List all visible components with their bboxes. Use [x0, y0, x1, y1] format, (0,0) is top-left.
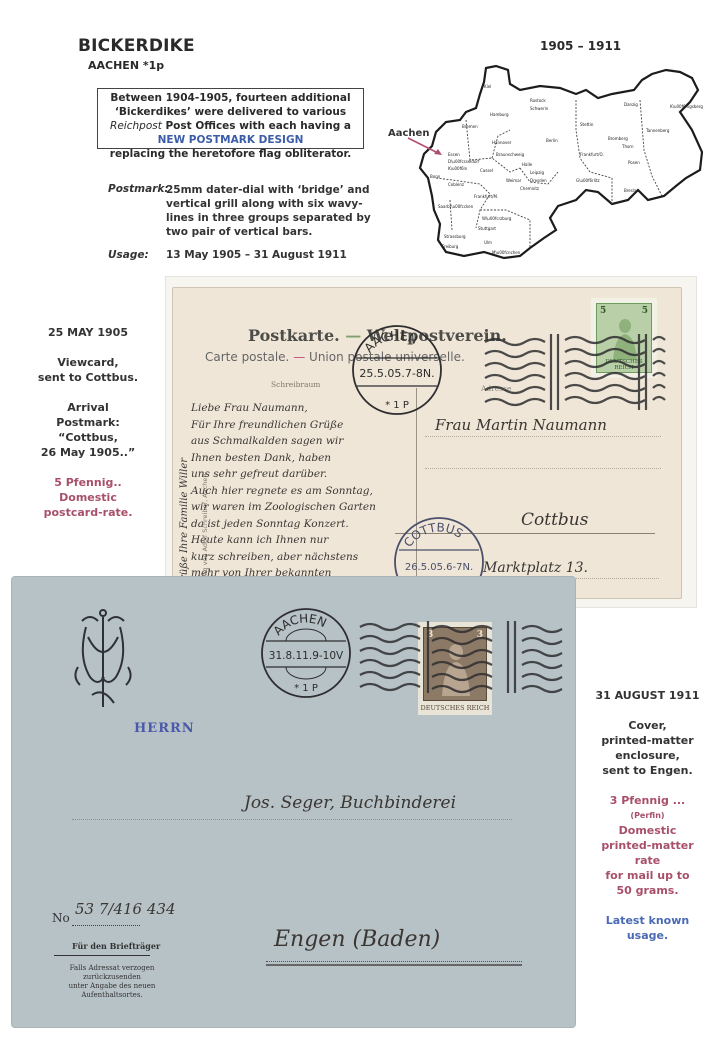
svg-text:Saarbr\u00fccken: Saarbr\u00fccken: [438, 204, 474, 209]
page-subtitle: AACHEN *1p: [88, 59, 164, 72]
svg-text:Rostock: Rostock: [530, 98, 546, 103]
svg-text:Bonn: Bonn: [430, 174, 441, 179]
svg-text:Bremen: Bremen: [462, 124, 478, 129]
postcard: Postkarte. — Weltpostverein. Carte posta…: [172, 287, 682, 599]
viewcard-desc-2: sent to Cottbus.: [8, 370, 168, 385]
salutation-stamp: HERRN: [134, 721, 195, 736]
cover-envelope: HERRN Jos. Seger, Buchbinderei Engen (Ba…: [12, 577, 575, 1027]
carrier-instruction-text: Falls Adressat verzogen zurückzusenden u…: [42, 964, 182, 1000]
intro-line-1: Between 1904-1905, fourteen additional: [98, 91, 363, 105]
svg-text:K\u00f6nigsberg: K\u00f6nigsberg: [670, 104, 703, 109]
address-street: Marktplatz 13.: [483, 560, 588, 576]
carrier-rule: [54, 955, 150, 956]
cover-address-rule-2: [266, 961, 522, 962]
svg-text:Dresden: Dresden: [530, 178, 547, 183]
svg-text:Cassel: Cassel: [480, 168, 493, 173]
arrival-line-3: “Cottbus,: [8, 430, 168, 445]
svg-text:G\u00f6rlitz: G\u00f6rlitz: [576, 178, 600, 183]
svg-text:Halle: Halle: [522, 162, 533, 167]
address-rule-2: [425, 468, 661, 469]
cover-desc-1: Cover,: [580, 718, 715, 733]
svg-text:* 1 P: * 1 P: [294, 683, 318, 694]
svg-text:Frankfurt/M.: Frankfurt/M.: [474, 194, 498, 199]
rate-line-2: Domestic: [8, 490, 168, 505]
latest-usage-2: usage.: [580, 928, 715, 943]
number-rule: [72, 925, 140, 926]
cover-rate-1: 3 Pfennig ...: [580, 793, 715, 808]
cover-rate-4: rate: [580, 853, 715, 868]
svg-text:Strassburg: Strassburg: [444, 234, 466, 239]
svg-text:* 1 P: * 1 P: [385, 400, 409, 411]
cover-desc-3: enclosure,: [580, 748, 715, 763]
cover-city: Engen (Baden): [274, 927, 440, 952]
monogram-crest-icon: [68, 607, 138, 717]
address-city: Cottbus: [521, 510, 588, 530]
aachen-dater-dial-cover: AACHEN 31.8.11.9-10V * 1 P: [258, 605, 354, 701]
address-rule-1: [425, 436, 661, 437]
machine-cancel-cover: [352, 617, 572, 717]
cover-rate-2: Domestic: [580, 823, 715, 838]
svg-text:Tannenberg: Tannenberg: [645, 128, 670, 133]
svg-text:Freiburg: Freiburg: [442, 244, 459, 249]
svg-text:COTTBUS: COTTBUS: [401, 520, 465, 549]
svg-text:Hamburg: Hamburg: [490, 112, 509, 117]
viewcard-desc-1: Viewcard,: [8, 355, 168, 370]
rate-line-1: 5 Pfennig..: [8, 475, 168, 490]
svg-text:Frankfurt/O.: Frankfurt/O.: [580, 152, 604, 157]
svg-text:31.8.11.9-10V: 31.8.11.9-10V: [269, 650, 344, 662]
svg-text:Schwerin: Schwerin: [530, 106, 549, 111]
intro-line-2: ‘Bickerdikes’ were delivered to various: [98, 105, 363, 119]
svg-text:Posen: Posen: [628, 160, 640, 165]
intro-line-3: Reichpost Post Offices with each having …: [98, 119, 363, 133]
cover-address-rule-1: [72, 819, 512, 820]
svg-text:AACHEN: AACHEN: [362, 328, 420, 355]
intro-highlight: NEW POSTMARK DESIGN: [98, 133, 363, 147]
svg-text:Bromberg: Bromberg: [608, 136, 628, 141]
viewcard-date: 25 MAY 1905: [8, 325, 168, 340]
cover-rate-5: for mail up to: [580, 868, 715, 883]
germany-map: KielRostockSchwerin HamburgBremenStettin…: [380, 60, 710, 265]
usage-label: Usage:: [108, 249, 149, 261]
page-title: BICKERDIKE: [78, 36, 195, 56]
svg-text:25.5.05.7-8N.: 25.5.05.7-8N.: [359, 367, 434, 380]
carrier-instruction-title: Für den Briefträger: [72, 941, 160, 951]
side-note: Grüße Ihre Familie Willer: [179, 458, 190, 588]
svg-text:26.5.05.6-7N.: 26.5.05.6-7N.: [405, 562, 473, 573]
svg-text:Braunschweig: Braunschweig: [496, 152, 525, 157]
stamp-value-right: 5: [642, 306, 648, 316]
postmark-label: Postmark:: [108, 183, 169, 195]
svg-text:Danzig: Danzig: [624, 102, 638, 107]
svg-text:Thorn: Thorn: [621, 144, 634, 149]
svg-text:Leipzig: Leipzig: [530, 170, 544, 175]
svg-text:M\u00fcnchen: M\u00fcnchen: [492, 250, 521, 255]
svg-text:AACHEN: AACHEN: [271, 611, 329, 638]
svg-text:Stuttgart: Stuttgart: [478, 226, 496, 231]
aachen-dater-dial-card: AACHEN 25.5.05.7-8N. * 1 P: [349, 322, 445, 418]
svg-text:Chemnitz: Chemnitz: [520, 186, 539, 191]
intro-line-5: replacing the heretofore flag obliterato…: [98, 147, 363, 161]
svg-text:Weimar: Weimar: [506, 178, 522, 183]
cover-rate-3: printed-matter: [580, 838, 715, 853]
wavy-lines-group-3: [653, 337, 665, 400]
svg-text:Breslau: Breslau: [624, 188, 639, 193]
stamp-value-left: 5: [600, 306, 606, 316]
cover-addressee: Jos. Seger, Buchbinderei: [244, 793, 456, 813]
svg-text:Coblenz: Coblenz: [448, 182, 464, 187]
postmark-description: 25mm dater-dial with ‘bridge’ and vertic…: [166, 183, 386, 239]
writing-area-label: Schreibraum: [271, 380, 320, 389]
svg-text:K\u00f6ln: K\u00f6ln: [448, 166, 468, 171]
svg-text:D\u00fcsseldorf: D\u00fcsseldorf: [448, 159, 480, 164]
cover-desc-4: sent to Engen.: [580, 763, 715, 778]
cover-number-label: No: [52, 911, 70, 925]
cover-date: 31 AUGUST 1911: [580, 688, 715, 703]
cover-number-value: 53 7/416 434: [75, 900, 175, 918]
wavy-lines-group-1: [485, 339, 545, 405]
arrival-line-4: 26 May 1905..”: [8, 445, 168, 460]
svg-text:Hannover: Hannover: [492, 140, 512, 145]
cover-desc-2: printed-matter: [580, 733, 715, 748]
svg-text:Kiel: Kiel: [484, 84, 491, 89]
svg-text:W\u00fcrzburg: W\u00fcrzburg: [482, 216, 512, 221]
rate-line-3: postcard-rate.: [8, 505, 168, 520]
cover-description: 31 AUGUST 1911 Cover, printed-matter enc…: [580, 688, 715, 943]
map-title: 1905 – 1911: [540, 39, 621, 53]
latest-usage-1: Latest known: [580, 913, 715, 928]
arrival-line-1: Arrival: [8, 400, 168, 415]
cover-address-rule-3: [266, 964, 522, 966]
wavy-lines-group-2: [565, 337, 645, 403]
svg-text:Ulm: Ulm: [484, 240, 492, 245]
svg-text:Stettin: Stettin: [580, 122, 594, 127]
cover-rate-perfin: (Perfin): [580, 808, 715, 823]
cover-rate-6: 50 grams.: [580, 883, 715, 898]
svg-text:Berlin: Berlin: [546, 138, 558, 143]
intro-box: Between 1904-1905, fourteen additional ‘…: [97, 88, 364, 149]
usage-dates: 13 May 1905 – 31 August 1911: [166, 249, 347, 261]
viewcard-description: 25 MAY 1905 Viewcard, sent to Cottbus. A…: [8, 325, 168, 520]
svg-text:Essen: Essen: [448, 152, 460, 157]
arrival-line-2: Postmark:: [8, 415, 168, 430]
